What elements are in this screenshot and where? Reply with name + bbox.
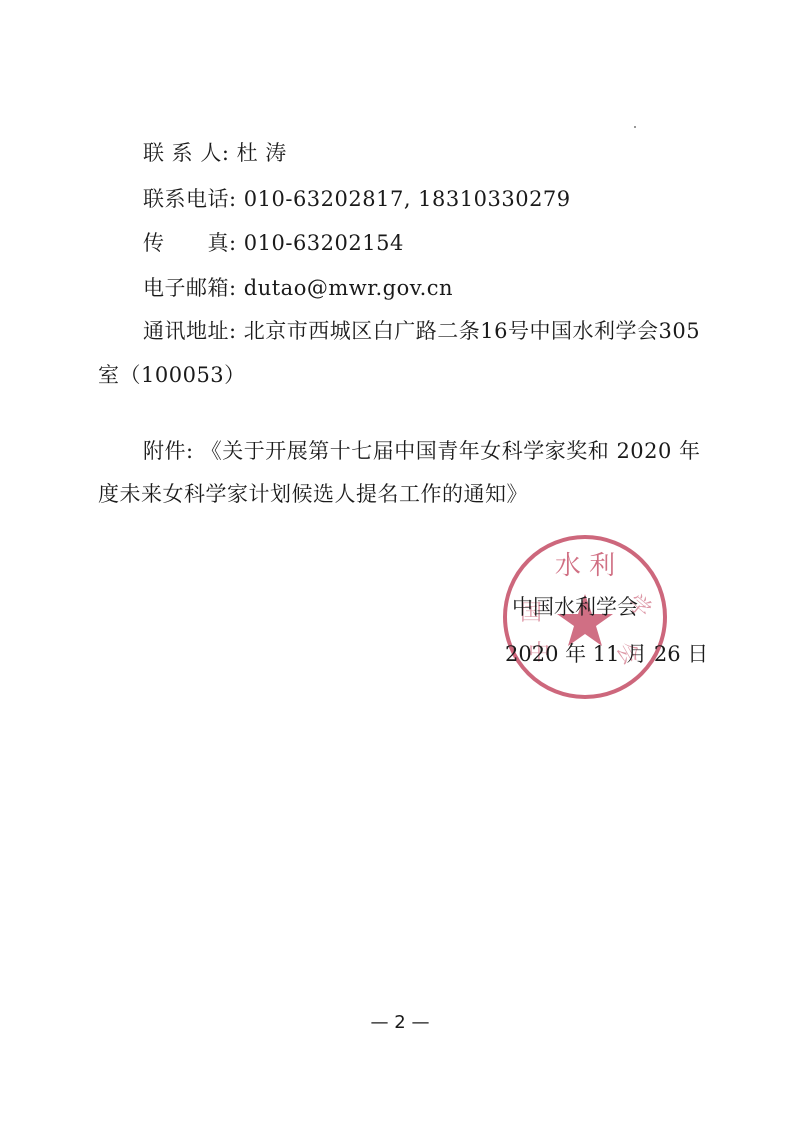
contact-fax-line: 传 真: 010-63202154	[143, 230, 404, 256]
attachment-title-cont: 度未来女科学家计划候选人提名工作的通知》	[98, 482, 528, 506]
attachment-line: 附件: 《关于开展第十七届中国青年女科学家奖和 2020 年	[143, 438, 701, 464]
contact-fax-label: 传 真:	[143, 231, 237, 255]
contact-person-label: 联 系 人:	[143, 141, 229, 165]
contact-address-line2: 室（100053）	[98, 362, 246, 388]
contact-address-value-cont: 室（100053）	[98, 363, 246, 387]
document-page: 联 系 人: 杜 涛 联系电话: 010-63202817, 183103302…	[0, 0, 800, 1131]
page-number: — 2 —	[0, 1012, 800, 1033]
contact-email-label: 电子邮箱:	[143, 276, 237, 300]
contact-address-line: 通讯地址: 北京市西城区白广路二条16号中国水利学会305	[143, 318, 700, 344]
contact-phone-label: 联系电话:	[143, 187, 237, 211]
attachment-label: 附件:	[143, 439, 194, 463]
contact-address-label: 通讯地址:	[143, 319, 237, 343]
contact-email-line: 电子邮箱: dutao@mwr.gov.cn	[143, 275, 453, 301]
signature-org: 中国水利学会	[512, 594, 638, 620]
contact-fax-value: 010-63202154	[244, 231, 404, 255]
contact-phone-line: 联系电话: 010-63202817, 18310330279	[143, 186, 571, 212]
contact-address-value: 北京市西城区白广路二条16号中国水利学会305	[244, 319, 700, 343]
attachment-title: 《关于开展第十七届中国青年女科学家奖和 2020 年	[201, 439, 701, 463]
contact-phone-value: 010-63202817, 18310330279	[244, 187, 571, 211]
contact-person-value: 杜 涛	[237, 141, 287, 165]
stamp-text: 水 利	[555, 551, 615, 581]
attachment-line2: 度未来女科学家计划候选人提名工作的通知》	[98, 481, 528, 507]
contact-person-line: 联 系 人: 杜 涛	[143, 140, 287, 166]
scan-speck	[634, 126, 636, 128]
contact-email-value: dutao@mwr.gov.cn	[244, 276, 453, 300]
signature-date: 2020 年 11 月 26 日	[505, 641, 708, 667]
